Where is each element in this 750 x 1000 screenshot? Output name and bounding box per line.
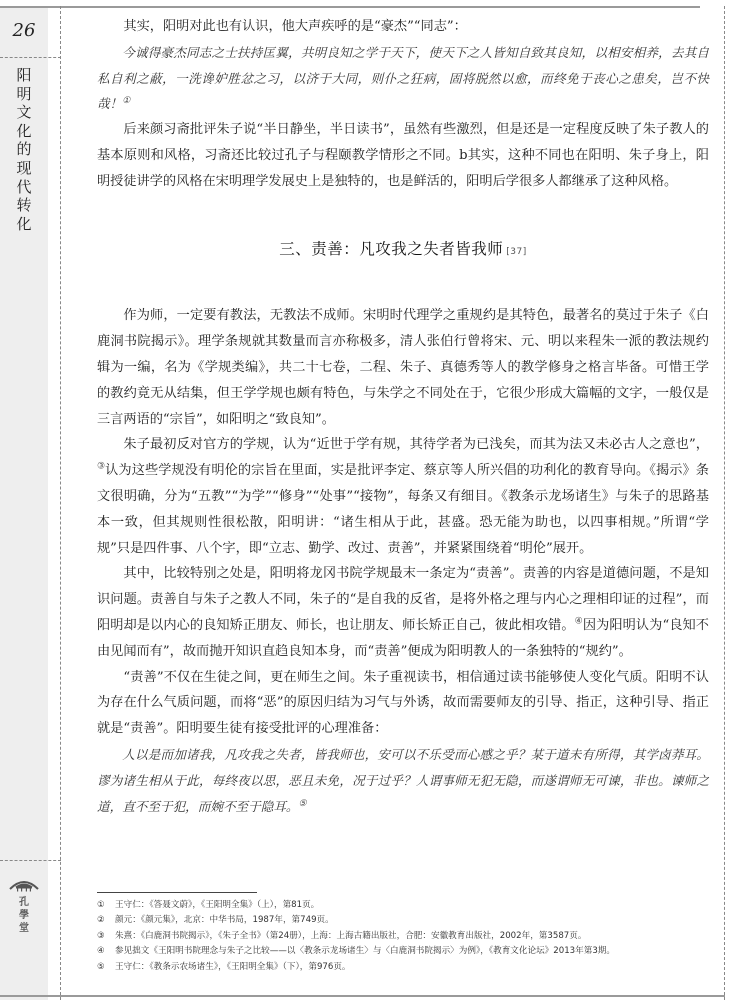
- block-quote: 人以是而加诸我，凡攻我之失者，皆我师也，安可以不乐受而心感之乎？某于道未有所得，…: [97, 742, 709, 819]
- footnote-number: ①: [97, 898, 115, 913]
- quote-text: 人以是而加诸我，凡攻我之失者，皆我师也，安可以不乐受而心感之乎？某于道未有所得，…: [97, 747, 709, 814]
- footnote-number: ③: [97, 929, 115, 944]
- running-title-char: 的: [10, 140, 38, 159]
- footnote-marker[interactable]: ④: [575, 617, 583, 627]
- footnote-marker[interactable]: ③: [97, 462, 105, 472]
- quote-text: 今诚得豪杰同志之士扶持匡翼，共明良知之学于天下，使天下之人皆知自致其良知，以相安…: [97, 45, 709, 112]
- running-title-char: 明: [10, 85, 38, 104]
- publisher-logo: 孔 學 堂: [8, 877, 40, 935]
- footnotes: ①王守仁：《答聂文蔚》，《王阳明全集》（上），第81页。 ②颜元：《颜元集》，北…: [97, 898, 717, 975]
- paragraph: 朱子最初反对官方的学规，认为“近世于学有规，其待学者为已浅矣，而其为法又未必古人…: [97, 432, 709, 561]
- margin-divider: [60, 6, 61, 1000]
- footnote-text: 王守仁：《答聂文蔚》，《王阳明全集》（上），第81页。: [115, 898, 319, 913]
- body-text: 其实，阳明对此也有认识，他大声疾呼的是“豪杰”“同志”： 今诚得豪杰同志之士扶持…: [97, 14, 709, 819]
- page-number: 26: [0, 20, 48, 41]
- paragraph: 其实，阳明对此也有认识，他大声疾呼的是“豪杰”“同志”：: [97, 14, 709, 40]
- logo-char: 學: [8, 909, 40, 922]
- footnote-item: ①王守仁：《答聂文蔚》，《王阳明全集》（上），第81页。: [97, 898, 717, 913]
- running-title-char: 文: [10, 103, 38, 122]
- footnote-number: ②: [97, 913, 115, 928]
- footnote-item: ④参见拙文《王阳明书院理念与朱子之比较——以〈教条示龙场诸生〉与〈白鹿洞书院揭示…: [97, 944, 717, 959]
- footnote-text: 颜元：《颜元集》，北京：中华书局，1987年，第749页。: [115, 913, 334, 928]
- footnote-text: 参见拙文《王阳明书院理念与朱子之比较——以〈教条示龙场诸生〉与〈白鹿洞书院揭示〉…: [115, 944, 615, 959]
- section-reference: [37]: [506, 247, 526, 257]
- footnote-item: ③朱熹：《白鹿洞书院揭示》，《朱子全书》（第24册），上海：上海古籍出版社，合肥…: [97, 929, 717, 944]
- page-border-right: [724, 6, 725, 1000]
- footnote-rule: [97, 892, 257, 893]
- footnote-item: ⑤王守仁：《教条示农场诸生》，《王阳明全集》（下），第976页。: [97, 960, 717, 975]
- paragraph: 其中，比较特别之处是，阳明将龙冈书院学规最末一条定为“责善”。责善的内容是道德问…: [97, 561, 709, 664]
- running-title-char: 化: [10, 215, 38, 234]
- footnote-text: 王守仁：《教条示农场诸生》，《王阳明全集》（下），第976页。: [115, 960, 351, 975]
- sidebar-divider: [0, 57, 61, 58]
- footnote-marker[interactable]: ①: [122, 96, 130, 106]
- paragraph-text: 朱子最初反对官方的学规，认为“近世于学有规，其待学者为已浅矣，而其为法又未必古人…: [123, 437, 709, 452]
- paragraph: “责善”不仅在生徒之间，更在师生之间。朱子重视读书，相信通过读书能够使人变化气质…: [97, 665, 709, 742]
- paragraph: 后来颜习斋批评朱子说“半日静坐，半日读书”，虽然有些激烈，但是还是一定程度反映了…: [97, 117, 709, 194]
- running-title: 阳 明 文 化 的 现 代 转 化: [10, 66, 38, 233]
- paragraph-text: 认为这些学规没有明伦的宗旨在里面，实是批评李定、蔡京等人所兴倡的功利化的教育导向…: [97, 463, 709, 555]
- running-title-char: 阳: [10, 66, 38, 85]
- running-title-char: 化: [10, 122, 38, 141]
- sidebar-divider: [0, 860, 61, 861]
- footnote-number: ④: [97, 944, 115, 959]
- paragraph: 作为师，一定要有教法，无教法不成师。宋明时代理学之重规约是其特色，最著名的莫过于…: [97, 303, 709, 432]
- footnote-number: ⑤: [97, 960, 115, 975]
- logo-char: 堂: [8, 922, 40, 935]
- running-title-char: 转: [10, 196, 38, 215]
- section-title: 三、责善：凡攻我之失者皆我师: [279, 240, 503, 258]
- block-quote: 今诚得豪杰同志之士扶持匡翼，共明良知之学于天下，使天下之人皆知自致其良知，以相安…: [97, 40, 709, 117]
- logo-char: 孔: [8, 896, 40, 909]
- top-rule: [0, 6, 700, 8]
- footnote-marker[interactable]: ⑤: [299, 798, 307, 808]
- pavilion-roof-icon: [8, 878, 40, 892]
- running-title-char: 现: [10, 159, 38, 178]
- section-heading: 三、责善：凡攻我之失者皆我师[37]: [97, 237, 709, 266]
- footnote-text: 朱熹：《白鹿洞书院揭示》，《朱子全书》（第24册），上海：上海古籍出版社，合肥：…: [115, 929, 586, 944]
- bottom-rule: [0, 995, 725, 997]
- running-title-char: 代: [10, 178, 38, 197]
- footnote-item: ②颜元：《颜元集》，北京：中华书局，1987年，第749页。: [97, 913, 717, 928]
